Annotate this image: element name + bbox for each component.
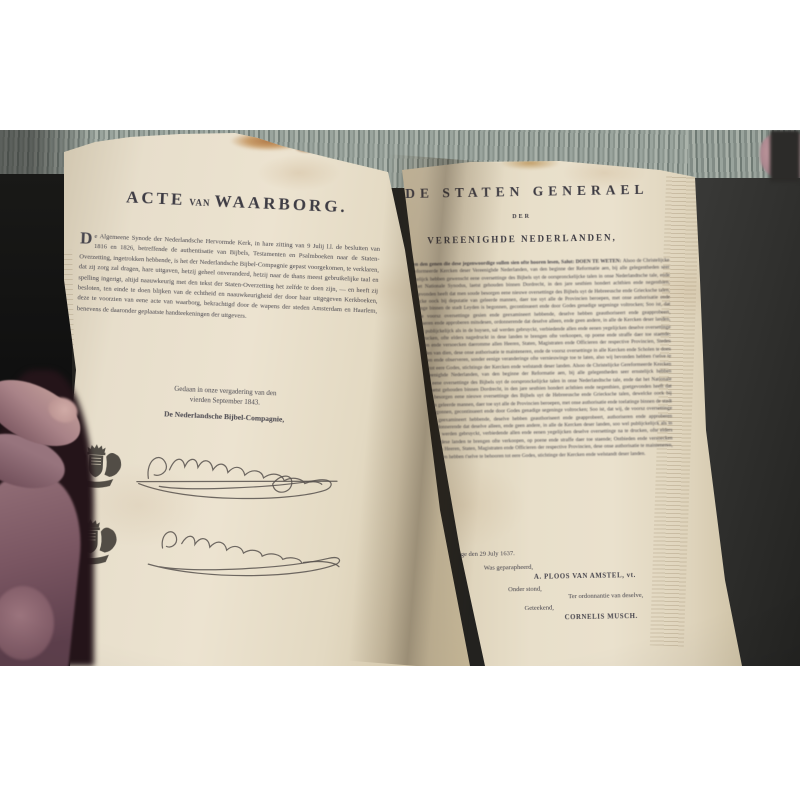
signature-brandt	[126, 440, 354, 516]
left-page-title: ACTEVANWAARBORG.	[92, 186, 383, 219]
closing-lines: Gedaan in onze vergadering van den vierd…	[105, 381, 346, 412]
dark-patch-top-right	[770, 130, 800, 182]
geteekend-label: Geteekend,	[524, 604, 554, 612]
title-acte: ACTE	[126, 187, 186, 209]
paraph-name: A. PLOOS VAN AMSTEL, vt.	[534, 572, 636, 581]
signature-enschede	[128, 514, 357, 594]
ordonnantie-line: Ter ordonnantie van deselve,	[568, 592, 643, 600]
left-page-paragraph: De Algemeene Synode der Nederlandsche He…	[74, 231, 380, 384]
book-photograph: ACTEVANWAARBORG. De Algemeene Synode der…	[0, 130, 800, 666]
photo-letterbox: ACTEVANWAARBORG. De Algemeene Synode der…	[0, 0, 800, 800]
paraph-label: Was geparapheerd,	[484, 564, 533, 572]
title-waarborg: WAARBORG.	[214, 191, 348, 216]
dropcap: D	[80, 231, 95, 246]
hand	[0, 370, 110, 666]
onder-stond: Onder stond,	[508, 586, 542, 594]
paragraph-text: e Algemeene Synode der Nederlandsche Her…	[77, 233, 380, 320]
secretary-name: CORNELIS MUSCH.	[565, 613, 638, 621]
title-van: VAN	[185, 197, 215, 208]
